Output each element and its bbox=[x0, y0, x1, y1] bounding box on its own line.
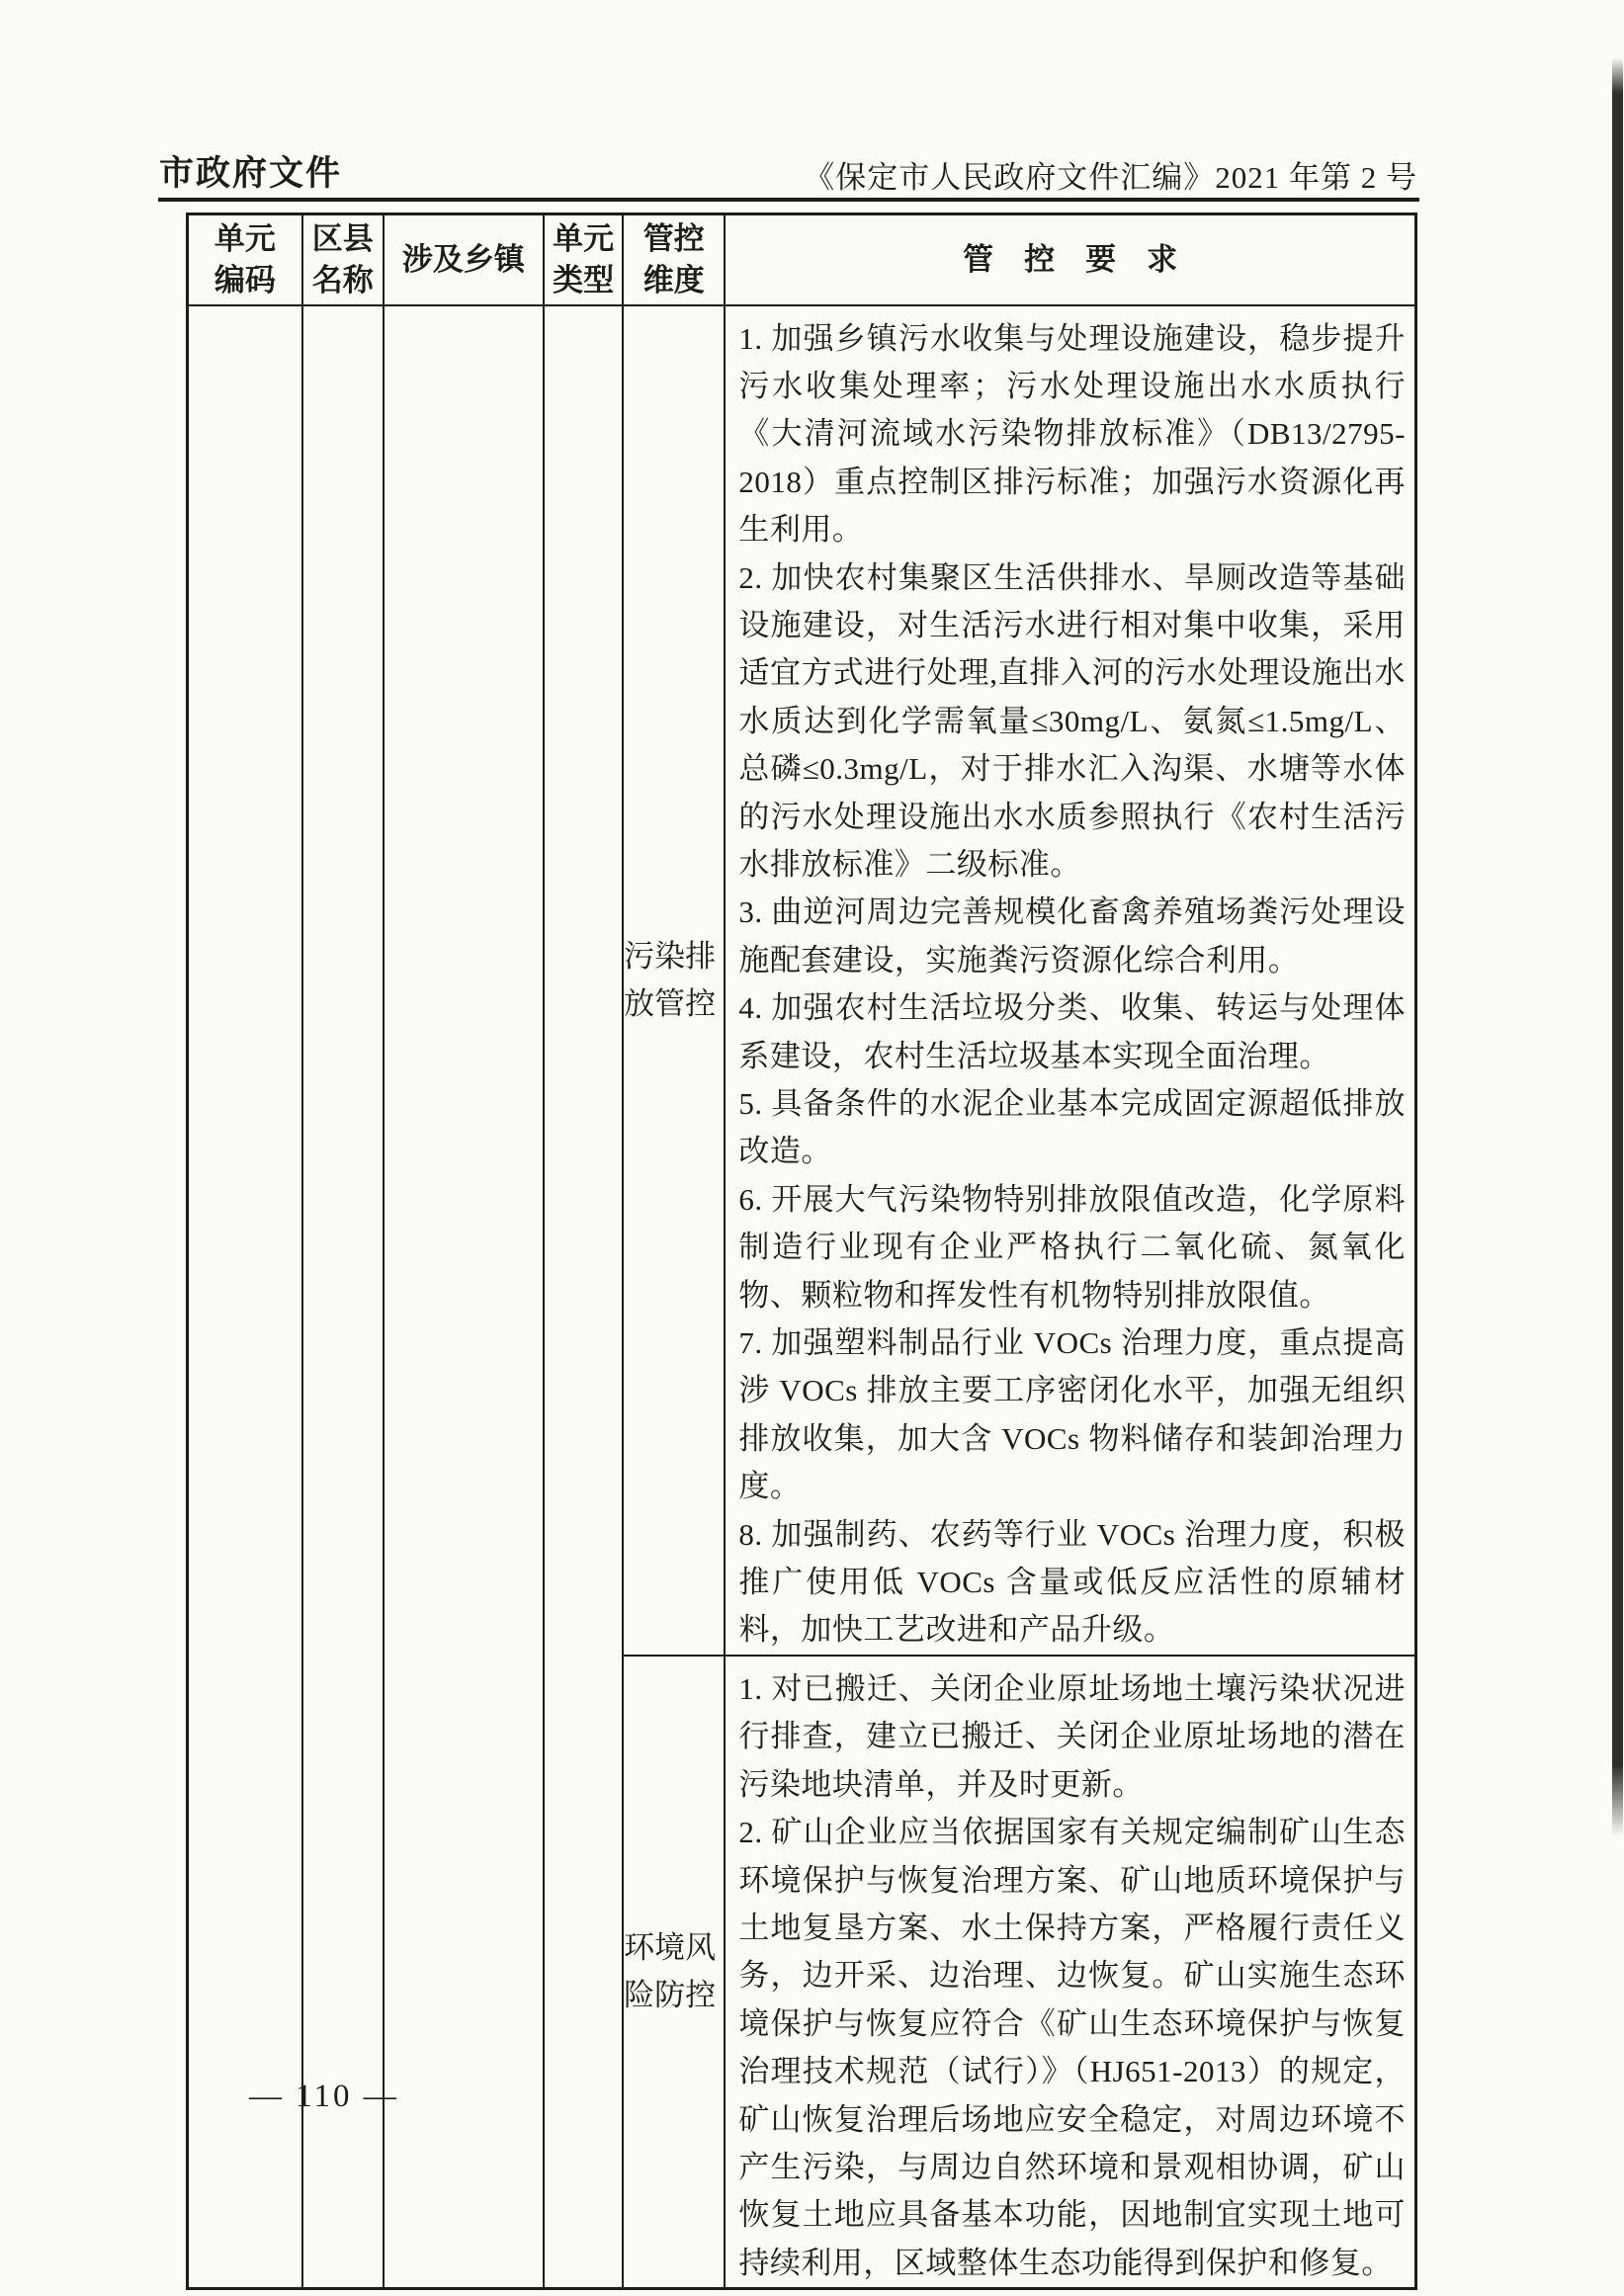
requirement-item: 4. 加强农村生活垃圾分类、收集、转运与处理体系建设，农村生活垃圾基本实现全面治… bbox=[738, 984, 1406, 1080]
requirements-list: 1. 加强乡镇污水收集与处理设施建设，稳步提升污水收集处理率；污水处理设施出水水… bbox=[726, 306, 1414, 1655]
header-control-requirements: 管 控 要 求 bbox=[725, 214, 1415, 305]
requirement-item: 5. 具备条件的水泥企业基本完成固定源超低排放改造。 bbox=[738, 1080, 1406, 1176]
requirement-item: 2. 加快农村集聚区生活供排水、旱厕改造等基础设施建设，对生活污水进行相对集中收… bbox=[738, 554, 1406, 890]
requirement-item: 8. 加强制药、农药等行业 VOCs 治理力度，积极推广使用低 VOCs 含量或… bbox=[738, 1511, 1406, 1655]
header-unit-type: 单元 类型 bbox=[544, 214, 623, 305]
cell-requirements-environmental-risk: 1. 对已搬迁、关闭企业原址场地土壤污染状况进行排查，建立已搬迁、关闭企业原址场… bbox=[725, 1656, 1415, 2289]
header-control-dimension: 管控 维度 bbox=[623, 214, 725, 305]
scanned-document-page: { "page": { "header_left": "市政府文件", "hea… bbox=[0, 0, 1624, 2296]
requirement-item: 1. 对已搬迁、关闭企业原址场地土壤污染状况进行排查，建立已搬迁、关闭企业原址场… bbox=[738, 1665, 1406, 1809]
document-category-label: 市政府文件 bbox=[159, 146, 342, 196]
cell-towns-involved bbox=[384, 305, 544, 2289]
header-towns-involved: 涉及乡镇 bbox=[384, 214, 544, 305]
requirement-item: 3. 曲逆河周边完善规模化畜禽养殖场粪污处理设施配套建设，实施粪污资源化综合利用… bbox=[738, 889, 1406, 984]
requirements-list: 1. 对已搬迁、关闭企业原址场地土壤污染状况进行排查，建立已搬迁、关闭企业原址场… bbox=[726, 1657, 1414, 2287]
requirement-item: 7. 加强塑料制品行业 VOCs 治理力度，重点提高涉 VOCs 排放主要工序密… bbox=[738, 1319, 1406, 1511]
requirement-item: 2. 矿山企业应当依据国家有关规定编制矿山生态环境保护与恢复治理方案、矿山地质环… bbox=[738, 1809, 1406, 2287]
page-number: — 110 — bbox=[249, 2079, 399, 2115]
scan-edge-artifact bbox=[1612, 57, 1623, 1836]
cell-county-name bbox=[302, 305, 384, 2289]
table-row: 污染排 放管控 1. 加强乡镇污水收集与处理设施建设，稳步提升污水收集处理率；污… bbox=[188, 305, 1416, 1656]
requirement-item: 1. 加强乡镇污水收集与处理设施建设，稳步提升污水收集处理率；污水处理设施出水水… bbox=[738, 315, 1406, 554]
cell-unit-code bbox=[188, 305, 302, 2289]
header-divider bbox=[158, 198, 1419, 202]
cell-requirements-pollution-discharge: 1. 加强乡镇污水收集与处理设施建设，稳步提升污水收集处理率；污水处理设施出水水… bbox=[725, 305, 1415, 1656]
cell-dimension-pollution-discharge: 污染排 放管控 bbox=[623, 305, 725, 1656]
header-county-name: 区县 名称 bbox=[302, 214, 384, 305]
publication-title: 《保定市人民政府文件汇编》2021 年第 2 号 bbox=[804, 152, 1417, 197]
table-header-row: 单元 编码 区县 名称 涉及乡镇 单元 类型 管控 维度 管 控 要 求 bbox=[188, 214, 1416, 305]
control-requirements-table: 单元 编码 区县 名称 涉及乡镇 单元 类型 管控 维度 管 控 要 求 污染排… bbox=[186, 213, 1417, 2290]
cell-dimension-environmental-risk: 环境风 险防控 bbox=[623, 1656, 725, 2289]
header-unit-code: 单元 编码 bbox=[188, 214, 302, 305]
requirement-item: 6. 开展大气污染物特别排放限值改造，化学原料制造行业现有企业严格执行二氧化硫、… bbox=[738, 1176, 1406, 1319]
cell-unit-type bbox=[544, 305, 623, 2289]
